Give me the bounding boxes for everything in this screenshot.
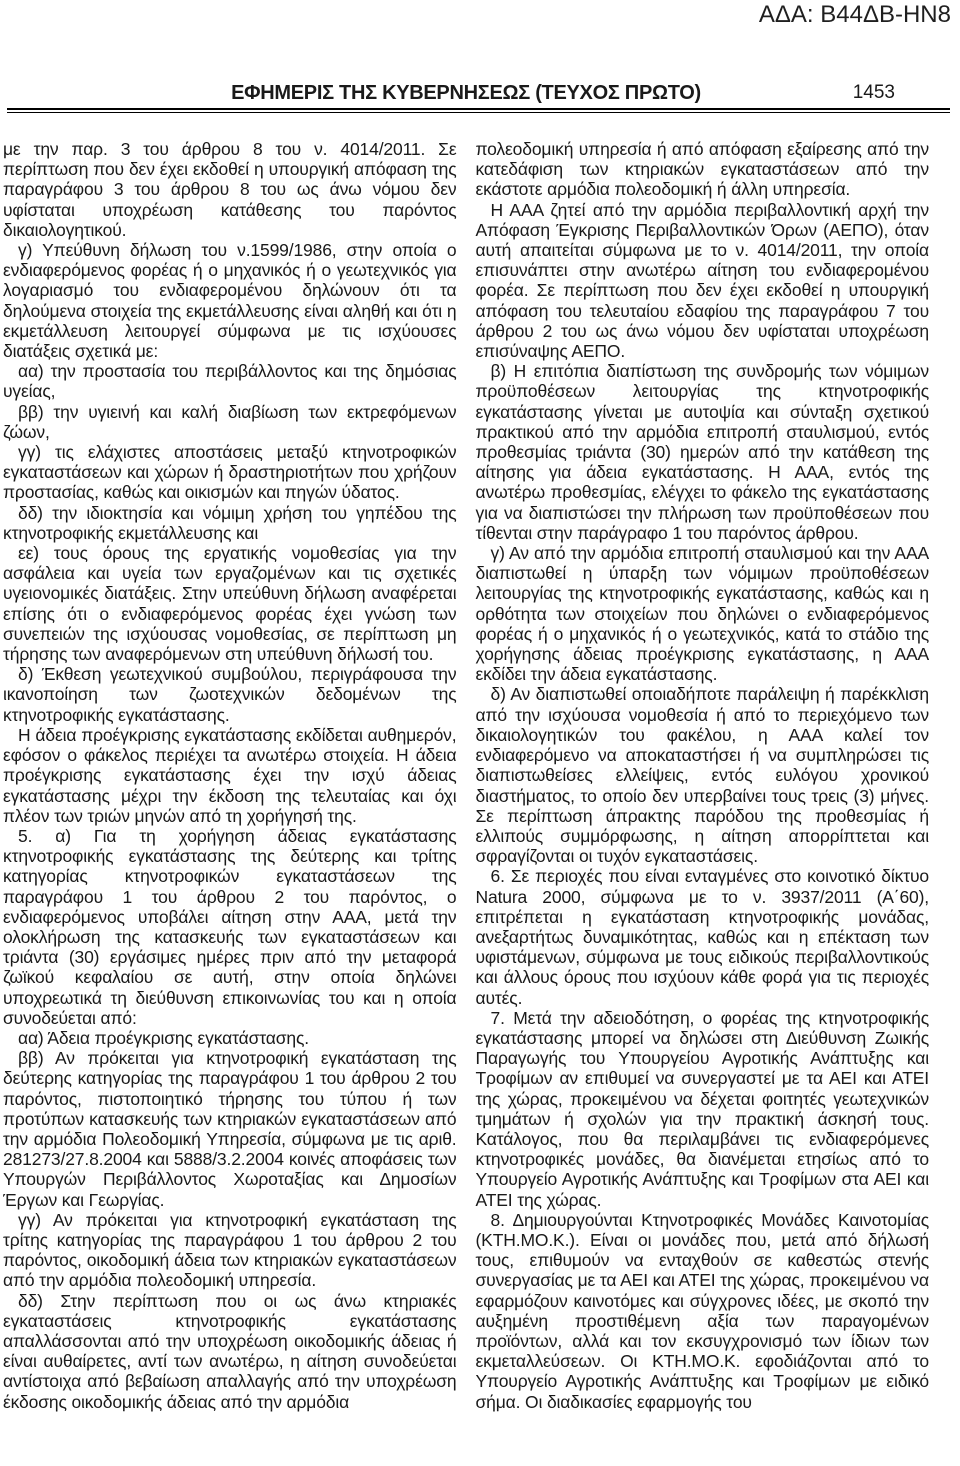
paragraph: δδ) την ιδιοκτησία και νόμιμη χρήση του … xyxy=(3,503,457,543)
paragraph: αα) Άδεια προέγκρισης εγκατάστασης. xyxy=(3,1028,457,1048)
paragraph: 7. Μετά την αδειοδότηση, ο φορέας της κτ… xyxy=(476,1008,930,1210)
paragraph: πολεοδομική υπηρεσία ή από απόφαση εξαίρ… xyxy=(476,139,930,200)
paragraph: 6. Σε περιοχές που είναι ενταγμένες στο … xyxy=(476,866,930,1007)
paragraph: με την παρ. 3 του άρθρου 8 του ν. 4014/2… xyxy=(3,139,457,240)
paragraph: γγ) τις ελάχιστες αποστάσεις μεταξύ κτην… xyxy=(3,442,457,503)
paragraph: 5. α) Για τη χορήγηση άδειας εγκατάσταση… xyxy=(3,826,457,1028)
header-rule xyxy=(7,108,950,113)
document-body: με την παρ. 3 του άρθρου 8 του ν. 4014/2… xyxy=(3,139,929,1466)
paragraph: Η άδεια προέγκρισης εγκατάστασης εκδίδετ… xyxy=(3,725,457,826)
paragraph: ββ) Αν πρόκειται για κτηνοτροφική εγκατά… xyxy=(3,1048,457,1210)
gazette-page: { "ada": "ΑΔΑ: Β44ΔΒ-ΗΝ8", "header": { "… xyxy=(0,0,960,1466)
paragraph: αα) την προστασία του περιβάλλοντος και … xyxy=(3,361,457,401)
page-header: ΕΦΗΜΕΡΙΣ ΤΗΣ ΚΥΒΕΡΝΗΣΕΩΣ (ΤΕΥΧΟΣ ΠΡΩΤΟ) … xyxy=(3,80,929,105)
paragraph: δ) Αν διαπιστωθεί οποιαδήποτε παράλειψη … xyxy=(476,684,930,866)
paragraph: γ) Υπεύθυνη δήλωση του ν.1599/1986, στην… xyxy=(3,240,457,361)
gazette-title: ΕΦΗΜΕΡΙΣ ΤΗΣ ΚΥΒΕΡΝΗΣΕΩΣ (ΤΕΥΧΟΣ ΠΡΩΤΟ) xyxy=(3,82,929,105)
right-column: πολεοδομική υπηρεσία ή από απόφαση εξαίρ… xyxy=(476,139,930,1466)
page-number: 1453 xyxy=(853,82,895,104)
left-column: με την παρ. 3 του άρθρου 8 του ν. 4014/2… xyxy=(3,139,457,1466)
paragraph: β) Η επιτόπια διαπίστωση της συνδρομής τ… xyxy=(476,361,930,543)
paragraph: γγ) Αν πρόκειται για κτηνοτροφική εγκατά… xyxy=(3,1210,457,1291)
ada-code: ΑΔΑ: Β44ΔΒ-ΗΝ8 xyxy=(759,1,951,29)
paragraph: γ) Αν από την αρμόδια επιτροπή σταυλισμο… xyxy=(476,543,930,684)
paragraph: δδ) Στην περίπτωση που οι ως άνω κτηριακ… xyxy=(3,1291,457,1412)
paragraph: ββ) την υγιεινή και καλή διαβίωση των εκ… xyxy=(3,402,457,442)
paragraph: δ) Έκθεση γεωτεχνικού συμβούλου, περιγρά… xyxy=(3,664,457,725)
paragraph: 8. Δημιουργούνται Κτηνοτροφικές Μονάδες … xyxy=(476,1210,930,1412)
paragraph: Η ΑΑΑ ζητεί από την αρμόδια περιβαλλοντι… xyxy=(476,200,930,362)
paragraph: εε) τους όρους της εργατικής νομοθεσίας … xyxy=(3,543,457,664)
